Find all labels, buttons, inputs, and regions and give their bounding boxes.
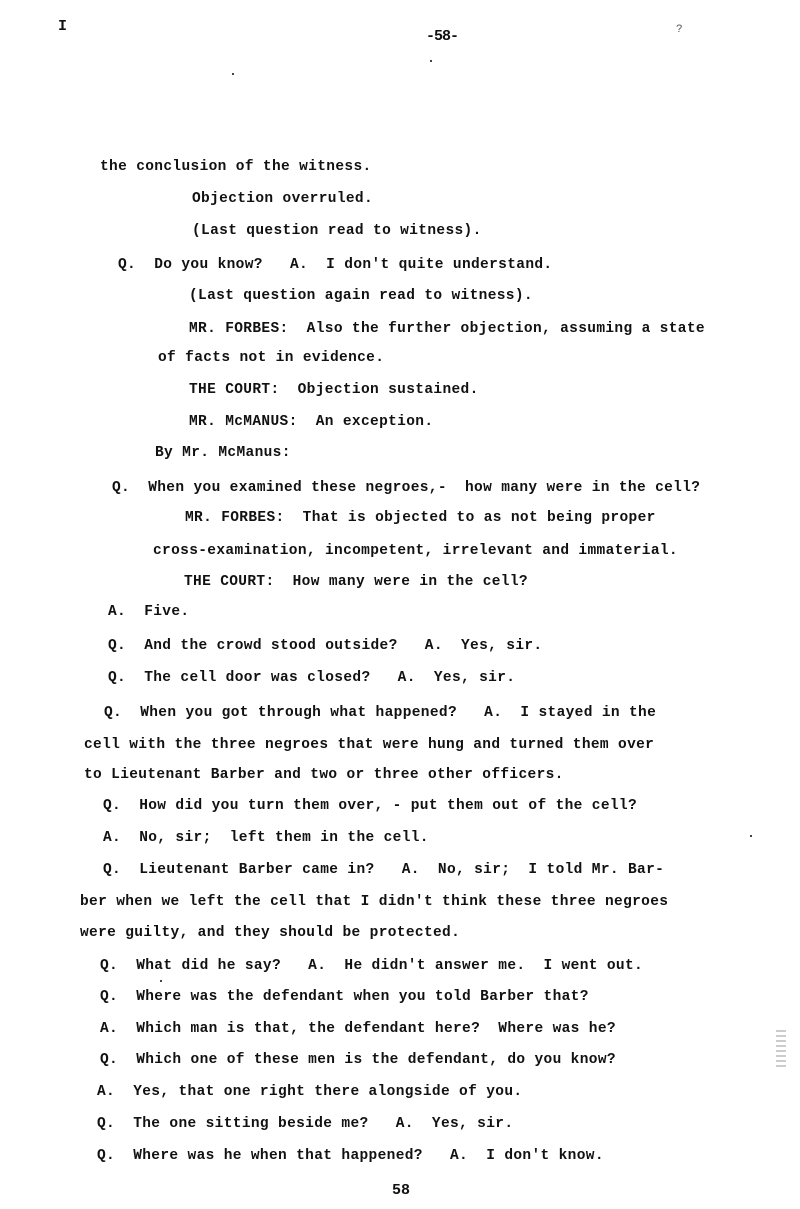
transcript-line: the conclusion of the witness. (100, 158, 372, 176)
scan-speck (750, 835, 752, 837)
transcript-line: MR. McMANUS: An exception. (189, 413, 433, 431)
corner-mark: ? (676, 24, 683, 36)
transcript-line: Q. The one sitting beside me? A. Yes, si… (97, 1115, 513, 1133)
page-header-number: -58- (426, 28, 458, 45)
transcript-line: Q. Where was the defendant when you told… (100, 988, 589, 1006)
page-footer-number: 58 (392, 1182, 410, 1199)
transcript-line: THE COURT: How many were in the cell? (184, 573, 528, 591)
transcript-line: Q. Lieutenant Barber came in? A. No, sir… (103, 861, 664, 879)
scan-smudge (776, 1030, 786, 1070)
document-page: I -58- ? the conclusion of the witness. … (0, 0, 800, 1209)
transcript-line: Q. When you examined these negroes,- how… (112, 479, 700, 497)
transcript-line: (Last question read to witness). (192, 222, 482, 240)
transcript-line: ber when we left the cell that I didn't … (80, 893, 668, 911)
transcript-line: THE COURT: Objection sustained. (189, 381, 479, 399)
transcript-line: to Lieutenant Barber and two or three ot… (84, 766, 564, 784)
transcript-line: A. Five. (108, 603, 189, 621)
transcript-line: A. No, sir; left them in the cell. (103, 829, 429, 847)
transcript-line: Q. When you got through what happened? A… (104, 704, 656, 722)
transcript-line: Q. And the crowd stood outside? A. Yes, … (108, 637, 542, 655)
scan-speck (232, 73, 234, 75)
transcript-line: (Last question again read to witness). (189, 287, 533, 305)
transcript-line: Q. What did he say? A. He didn't answer … (100, 957, 643, 975)
transcript-line: cell with the three negroes that were hu… (84, 736, 654, 754)
transcript-line: Q. How did you turn them over, - put the… (103, 797, 637, 815)
scan-speck (160, 980, 162, 982)
transcript-line: MR. FORBES: Also the further objection, … (189, 320, 705, 338)
transcript-line: A. Which man is that, the defendant here… (100, 1020, 616, 1038)
transcript-line: Objection overruled. (192, 190, 373, 208)
margin-mark: I (58, 18, 67, 35)
transcript-line: Q. Do you know? A. I don't quite underst… (118, 256, 552, 274)
scan-speck (430, 60, 432, 62)
transcript-line: of facts not in evidence. (158, 349, 384, 367)
transcript-line: MR. FORBES: That is objected to as not b… (185, 509, 656, 527)
transcript-line: Q. Which one of these men is the defenda… (100, 1051, 616, 1069)
transcript-line: cross-examination, incompetent, irreleva… (153, 542, 678, 560)
transcript-line: were guilty, and they should be protecte… (80, 924, 460, 942)
transcript-line: By Mr. McManus: (155, 444, 291, 462)
transcript-line: Q. Where was he when that happened? A. I… (97, 1147, 604, 1165)
transcript-line: Q. The cell door was closed? A. Yes, sir… (108, 669, 515, 687)
transcript-line: A. Yes, that one right there alongside o… (97, 1083, 522, 1101)
